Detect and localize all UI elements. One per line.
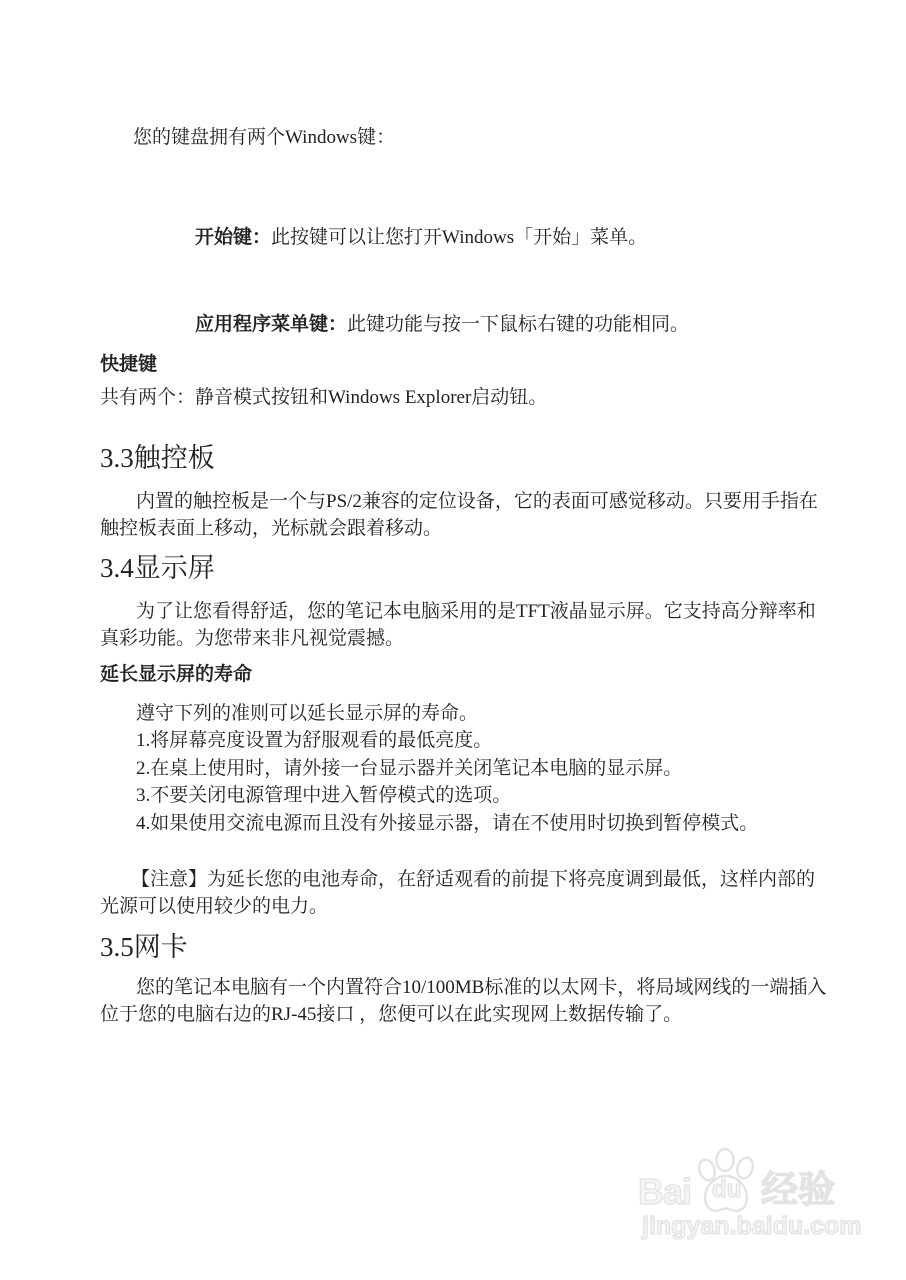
display-tip-item-2: 2.在桌上使用时，请外接一台显示器并关闭笔记本电脑的显示屏。 [136,755,682,782]
watermark-logo-row: Bai du 经验 [638,1148,868,1216]
section-heading-touchpad: 3.3触控板 [100,442,215,474]
app-menu-key-label: 应用程序菜单键： [195,314,347,335]
display-note-line2: 光源可以使用较少的电力。 [100,893,328,920]
section-heading-network: 3.5网卡 [100,931,188,963]
document-page: 您的键盘拥有两个Windows键： 开始键：此按键可以让您打开Windows「开… [0,0,906,1280]
touchpad-paragraph-line2: 触控板表面上移动，光标就会跟着移动。 [100,515,442,542]
display-tip-item-3: 3.不要关闭电源管理中进入暂停模式的选项。 [136,782,511,809]
app-menu-key-line: 应用程序菜单键：此键功能与按一下鼠标右键的功能相同。 [195,311,689,338]
baidu-jingyan-watermark: Bai du 经验 jingyan.baidu.com [638,1148,868,1248]
start-key-desc: 此按键可以让您打开Windows「开始」菜单。 [271,227,647,248]
hotkeys-body: 共有两个：静音模式按钮和Windows Explorer启动钮。 [100,384,547,411]
network-paragraph-line1: 您的笔记本电脑有一个内置符合10/100MB标准的以太网卡，将局域网线的一端插入 [136,974,826,1001]
watermark-site-url: jingyan.baidu.com [642,1214,861,1239]
hotkeys-subheading: 快捷键 [100,351,157,378]
display-tip-item-1: 1.将屏幕亮度设置为舒服观看的最低亮度。 [136,727,492,754]
watermark-bai-text: Bai [638,1174,691,1216]
display-paragraph-line1: 为了让您看得舒适，您的笔记本电脑采用的是TFT液晶显示屏。它支持高分辩率和 [136,598,816,625]
display-paragraph-line2: 真彩功能。为您带来非凡视觉震撼。 [100,625,404,652]
start-key-line: 开始键：此按键可以让您打开Windows「开始」菜单。 [195,224,647,251]
network-paragraph-line2: 位于您的电脑右边的RJ-45接口 ，您便可以在此实现网上数据传输了。 [100,1001,682,1028]
display-lifespan-subheading: 延长显示屏的寿命 [100,661,252,688]
baidu-paw-icon: du [693,1148,759,1216]
display-tip-item-4: 4.如果使用交流电源而且没有外接显示器，请在不使用时切换到暂停模式。 [136,810,758,837]
display-note-line1: 【注意】为延长您的电池寿命，在舒适观看的前提下将亮度调到最低，这样内部的 [131,866,815,893]
touchpad-paragraph-line1: 内置的触控板是一个与PS/2兼容的定位设备，它的表面可感觉移动。只要用手指在 [136,488,818,515]
watermark-jingyan-text: 经验 [761,1171,835,1216]
display-tips-intro: 遵守下列的准则可以延长显示屏的寿命。 [136,700,478,727]
start-key-label: 开始键： [195,227,271,248]
section-heading-display: 3.4显示屏 [100,552,215,584]
intro-line: 您的键盘拥有两个Windows键： [133,124,395,151]
watermark-du-text: du [712,1178,741,1202]
app-menu-key-desc: 此键功能与按一下鼠标右键的功能相同。 [347,314,689,335]
